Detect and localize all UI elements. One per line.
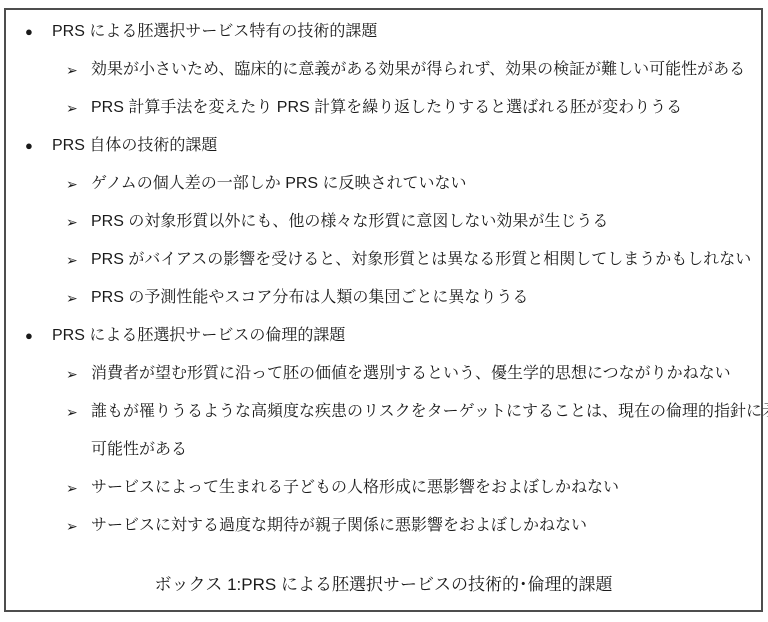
sub-item-text: PRS がバイアスの影響を受けると、対象形質とは異なる形質と相関してしまうかもし…: [91, 241, 751, 279]
circle-bullet-icon: ●: [25, 13, 33, 51]
circle-bullet-icon: ●: [25, 127, 33, 165]
sub-item-text: PRS 計算手法を変えたり PRS 計算を繰り返したりすると選ばれる胚が変わりう…: [91, 89, 682, 127]
sub-item-text: 消費者が望む形質に沿って胚の価値を選別するという、優生学的思想につながりかねない: [91, 355, 731, 393]
sub-item-continuation: 可能性がある: [6, 431, 761, 469]
arrow-bullet-icon: ➢: [66, 279, 78, 317]
sub-item: ➢ PRS 計算手法を変えたり PRS 計算を繰り返したりすると選ばれる胚が変わ…: [6, 89, 761, 127]
content-box: ● PRS による胚選択サービス特有の技術的課題 ➢ 効果が小さいため、臨床的に…: [4, 8, 763, 612]
box-caption: ボックス 1:PRS による胚選択サービスの技術的･倫理的課題: [6, 566, 761, 604]
sub-item: ➢ PRS がバイアスの影響を受けると、対象形質とは異なる形質と相関してしまうか…: [6, 241, 761, 279]
arrow-bullet-icon: ➢: [66, 393, 78, 431]
sub-item-text: PRS の予測性能やスコア分布は人類の集団ごとに異なりうる: [91, 279, 528, 317]
arrow-bullet-icon: ➢: [66, 89, 78, 127]
sub-item: ➢ PRS の予測性能やスコア分布は人類の集団ごとに異なりうる: [6, 279, 761, 317]
bullet-list: ● PRS による胚選択サービス特有の技術的課題 ➢ 効果が小さいため、臨床的に…: [6, 10, 761, 545]
sub-item-text: PRS の対象形質以外にも、他の様々な形質に意図しない効果が生じうる: [91, 203, 608, 241]
circle-bullet-icon: ●: [25, 317, 33, 355]
sub-item: ➢ ゲノムの個人差の一部しか PRS に反映されていない: [6, 165, 761, 203]
sub-item-text: 効果が小さいため、臨床的に意義がある効果が得られず、効果の検証が難しい可能性があ…: [91, 51, 745, 89]
arrow-bullet-icon: ➢: [66, 165, 78, 203]
sub-item: ➢ 消費者が望む形質に沿って胚の価値を選別するという、優生学的思想につながりかね…: [6, 355, 761, 393]
section-title: ● PRS 自体の技術的課題: [6, 127, 761, 165]
arrow-bullet-icon: ➢: [66, 507, 78, 545]
sub-item: ➢ 誰もが罹りうるような高頻度な疾患のリスクをターゲットにすることは、現在の倫理…: [6, 393, 761, 431]
sub-item: ➢ サービスに対する過度な期待が親子関係に悪影響をおよぼしかねない: [6, 507, 761, 545]
arrow-bullet-icon: ➢: [66, 355, 78, 393]
sub-item-text: ゲノムの個人差の一部しか PRS に反映されていない: [91, 165, 467, 203]
sub-item-text: 誰もが罹りうるような高頻度な疾患のリスクをターゲットにすることは、現在の倫理的指…: [91, 393, 768, 431]
sub-item: ➢ サービスによって生まれる子どもの人格形成に悪影響をおよぼしかねない: [6, 469, 761, 507]
sub-item: ➢ 効果が小さいため、臨床的に意義がある効果が得られず、効果の検証が難しい可能性…: [6, 51, 761, 89]
section-title-text: PRS 自体の技術的課題: [52, 127, 217, 165]
section-title-text: PRS による胚選択サービス特有の技術的課題: [52, 13, 377, 51]
arrow-bullet-icon: ➢: [66, 51, 78, 89]
section-title-text: PRS による胚選択サービスの倫理的課題: [52, 317, 345, 355]
section-title: ● PRS による胚選択サービス特有の技術的課題: [6, 13, 761, 51]
section-title: ● PRS による胚選択サービスの倫理的課題: [6, 317, 761, 355]
arrow-bullet-icon: ➢: [66, 469, 78, 507]
sub-item-text: サービスに対する過度な期待が親子関係に悪影響をおよぼしかねない: [91, 507, 587, 545]
arrow-bullet-icon: ➢: [66, 241, 78, 279]
sub-item-text: サービスによって生まれる子どもの人格形成に悪影響をおよぼしかねない: [91, 469, 619, 507]
sub-item: ➢ PRS の対象形質以外にも、他の様々な形質に意図しない効果が生じうる: [6, 203, 761, 241]
sub-item-text: 可能性がある: [91, 431, 187, 469]
arrow-bullet-icon: ➢: [66, 203, 78, 241]
